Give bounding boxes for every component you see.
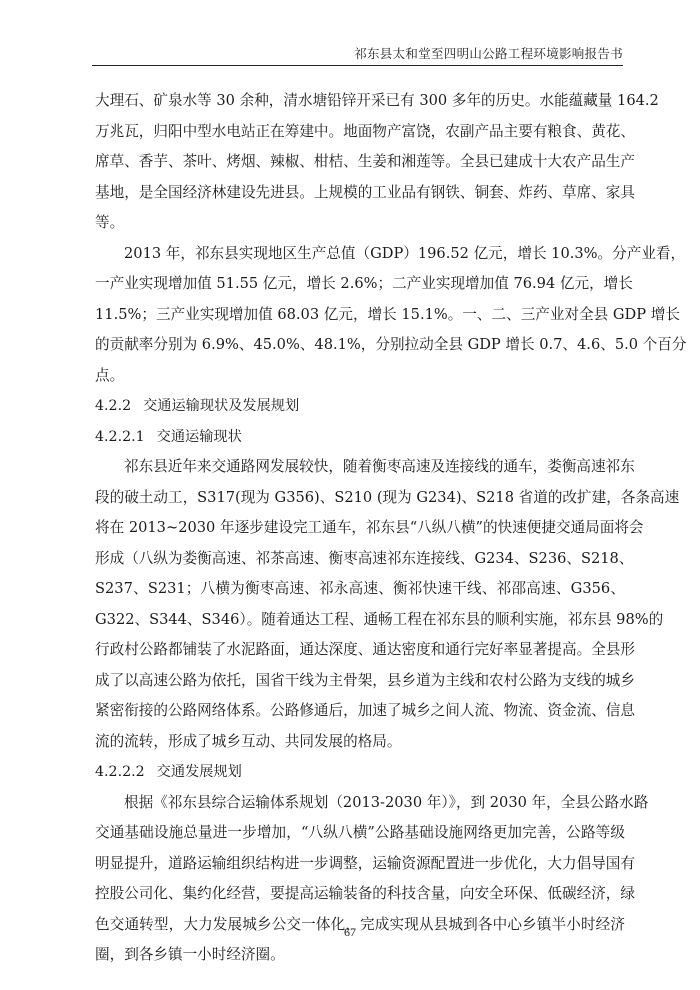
text-line: 控股公司化、集约化经营，要提高运输装备的科技含量，向安全环保、低碳经济，绿 — [95, 879, 625, 910]
paragraph-transport-status: 祁东县近年来交通路网发展较快，随着衡枣高速及连接线的通车，娄衡高速祁东 段的破土… — [95, 452, 625, 757]
page-number: 67 — [0, 925, 700, 940]
text-line: 等。 — [95, 208, 625, 239]
page-body: 大理石、矿泉水等 30 余种，清水塘铅锌开采已有 300 多年的历史。水能蕴藏量… — [95, 86, 625, 971]
paragraph-transport-plan: 根据《祁东县综合运输体系规划（2013-2030 年）》，到 2030 年，全县… — [95, 788, 625, 971]
section-title: 交通运输现状及发展规划 — [143, 398, 299, 414]
section-number: 4.2.2.2 — [95, 757, 145, 788]
text-line: G322、S344、S346）。随着通达工程、通畅工程在祁东县的顺利实施，祁东县… — [95, 605, 625, 636]
header-divider — [92, 65, 623, 66]
text-line: 行政村公路都铺装了水泥路面，通达深度、通达密度和通行完好率显著提高。全县形 — [95, 635, 625, 666]
text-line: S237、S231；八横为衡枣高速、祁永高速、衡祁快速干线、祁邵高速、G356、 — [95, 574, 625, 605]
section-number: 4.2.2.1 — [95, 422, 145, 453]
text-line: 万兆瓦，归阳中型水电站正在筹建中。地面物产富饶，农副产品主要有粮食、黄花、 — [95, 117, 625, 148]
section-heading-4-2-2-1: 4.2.2.1交通运输现状 — [95, 422, 625, 453]
text-line: 流的流转，形成了城乡互动、共同发展的格局。 — [95, 727, 625, 758]
text-line: 圈，到各乡镇一小时经济圈。 — [95, 940, 625, 971]
paragraph-resources: 大理石、矿泉水等 30 余种，清水塘铅锌开采已有 300 多年的历史。水能蕴藏量… — [95, 86, 625, 239]
text-line: 祁东县近年来交通路网发展较快，随着衡枣高速及连接线的通车，娄衡高速祁东 — [95, 452, 625, 483]
text-line: 2013 年，祁东县实现地区生产总值（GDP）196.52 亿元，增长 10.3… — [95, 239, 625, 270]
text-line: 段的破土动工，S317(现为 G356)、S210 (现为 G234)、S218… — [95, 483, 625, 514]
text-line: 席草、香芋、茶叶、烤烟、辣椒、柑桔、生姜和湘莲等。全县已建成十大农产品生产 — [95, 147, 625, 178]
text-line: 交通基础设施总量进一步增加，“八纵八横”公路基础设施网络更加完善，公路等级 — [95, 818, 625, 849]
section-heading-4-2-2-2: 4.2.2.2交通发展规划 — [95, 757, 625, 788]
text-line: 点。 — [95, 361, 625, 392]
text-line: 将在 2013~2030 年逐步建设完工通车，祁东县“八纵八横”的快速便捷交通局… — [95, 513, 625, 544]
section-title: 交通发展规划 — [157, 764, 242, 780]
text-line: 大理石、矿泉水等 30 余种，清水塘铅锌开采已有 300 多年的历史。水能蕴藏量… — [95, 86, 625, 117]
section-number: 4.2.2 — [95, 391, 131, 422]
text-line: 的贡献率分别为 6.9%、45.0%、48.1%，分别拉动全县 GDP 增长 0… — [95, 330, 625, 361]
text-line: 基地，是全国经济林建设先进县。上规模的工业品有钢铁、铜套、炸药、草席、家具 — [95, 178, 625, 209]
section-title: 交通运输现状 — [157, 429, 242, 445]
paragraph-gdp: 2013 年，祁东县实现地区生产总值（GDP）196.52 亿元，增长 10.3… — [95, 239, 625, 392]
text-line: 形成（八纵为娄衡高速、祁茶高速、衡枣高速祁东连接线、G234、S236、S218… — [95, 544, 625, 575]
text-line: 明显提升，道路运输组织结构进一步调整，运输资源配置进一步优化，大力倡导国有 — [95, 849, 625, 880]
text-line: 11.5%；三产业实现增加值 68.03 亿元，增长 15.1%。一、二、三产业… — [95, 300, 625, 331]
text-line: 根据《祁东县综合运输体系规划（2013-2030 年）》，到 2030 年，全县… — [95, 788, 625, 819]
text-line: 紧密衔接的公路网络体系。公路修通后，加速了城乡之间人流、物流、资金流、信息 — [95, 696, 625, 727]
section-heading-4-2-2: 4.2.2交通运输现状及发展规划 — [95, 391, 625, 422]
text-line: 成了以高速公路为依托，国省干线为主骨架，县乡道为主线和农村公路为支线的城乡 — [95, 666, 625, 697]
text-line: 一产业实现增加值 51.55 亿元，增长 2.6%；二产业实现增加值 76.94… — [95, 269, 625, 300]
running-header: 祁东县太和堂至四明山公路工程环境影响报告书 — [92, 44, 623, 64]
